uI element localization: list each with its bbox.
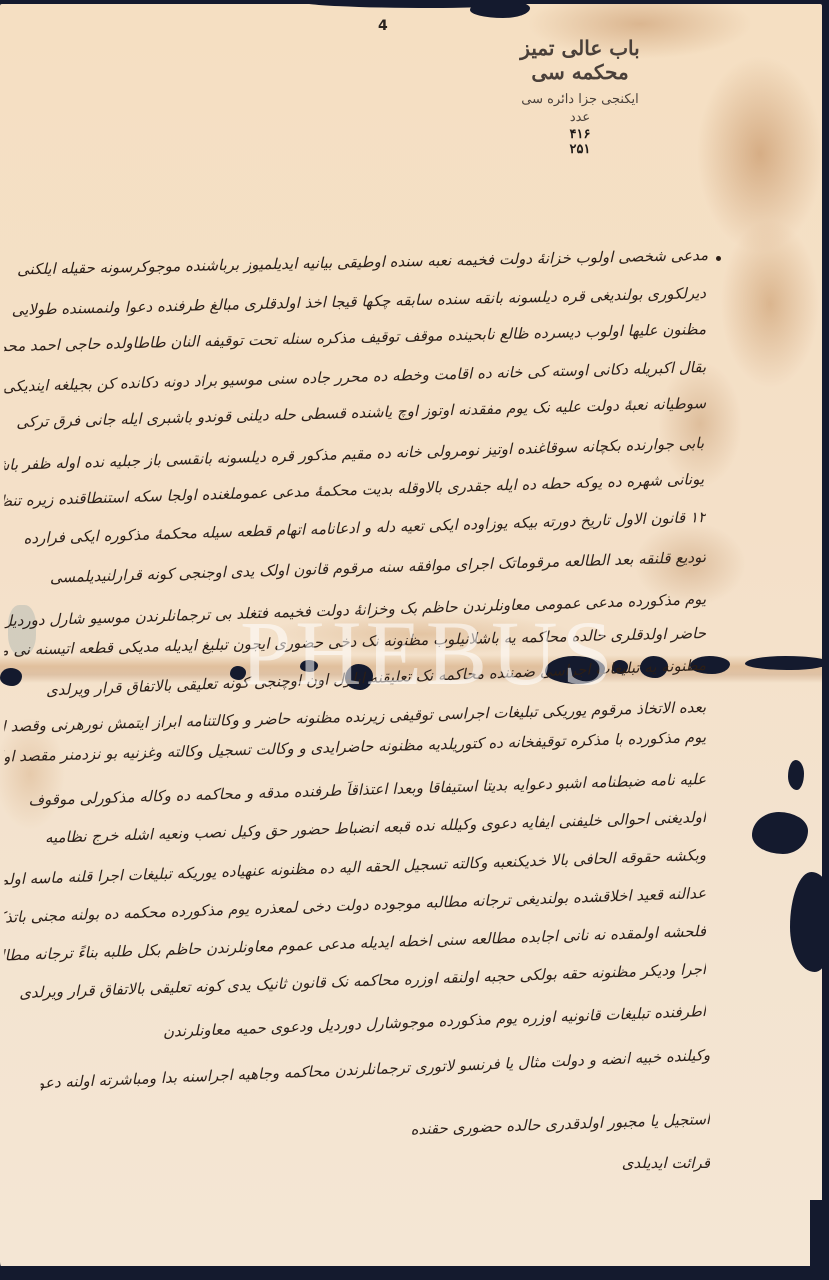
text-line: عدالنه قعید اخلاقشده بولندیغی ترجانه مطا… bbox=[4, 884, 706, 926]
text-line: فلحشه اولمقده نه نانی اجابده مطالعه سنی … bbox=[4, 922, 706, 964]
text-line: اولدیغنی احوالی خلیفنی ایفایه دعوی وکیلل… bbox=[4, 808, 706, 848]
text-line: اجرا ودیکر مظنونه حقه بولکی حجبه اولنقه … bbox=[4, 960, 706, 1002]
text-line: دیرلکوری بولندیغی قره دیلسونه بانقه سنده… bbox=[6, 284, 706, 319]
text-line: تودیع قلنقه بعد الطالعه مرقوماتک اجرای م… bbox=[4, 548, 706, 588]
text-line: حاضر اولدقلری حالده محاکمه یه باشلانیلوب… bbox=[4, 624, 706, 659]
text-line: علیه نامه ضبطنامه اشبو دعوایه بدیتا استی… bbox=[4, 770, 706, 810]
text-line: وکیلنده خبیه انضه و دولت مثال یا فرنسو ل… bbox=[40, 1046, 710, 1092]
closing-line: قرائت ایدیلدی bbox=[500, 1154, 710, 1172]
text-line: بابی جوارنده بکچانه سوقاغنده اوتیز نومرو… bbox=[4, 434, 704, 474]
text-line: یوم مذکورده مدعی عمومی معاونلرندن حاظم ب… bbox=[4, 590, 706, 630]
text-line: اطرفنده تبلیغات قانونیه اوزره یوم مذکورد… bbox=[4, 1002, 706, 1047]
text-line: ۱۲ قانون الاول تاریخ دورته بیکه یوزاوده … bbox=[4, 508, 706, 548]
text-line: مظنونه یه تبلیغات اجراسی ضمننده محاکمه ن… bbox=[4, 656, 706, 701]
text-line: وبکشه حقوقه الحافی بالا خدیکنعبه وکالته … bbox=[4, 846, 706, 888]
text-line: مظنون علیها اولوب دیسرده ظالع نابحینده م… bbox=[4, 320, 706, 355]
text-line: یونانی شهره ده یوکه حطه ده ایله جقدری با… bbox=[4, 470, 704, 510]
text-line: یوم مذکورده با مذکره توقیفخانه ده کتوریل… bbox=[4, 728, 706, 766]
text-line: بقال اکبریله دکانی اوسته کی خانه ده اقام… bbox=[4, 358, 706, 396]
text-line: استجیل یا مجبور اولدقدری حالده حضوری حقن… bbox=[200, 1110, 710, 1146]
text-line: سوطیانه نعبهٔ دولت علیه نک یوم مفقدنه او… bbox=[4, 394, 706, 432]
text-line: مدعی شخصی اولوب خزانهٔ دولت فخیمه نعبه س… bbox=[8, 246, 708, 279]
handwritten-body: مدعی شخصی اولوب خزانهٔ دولت فخیمه نعبه س… bbox=[0, 0, 829, 1280]
